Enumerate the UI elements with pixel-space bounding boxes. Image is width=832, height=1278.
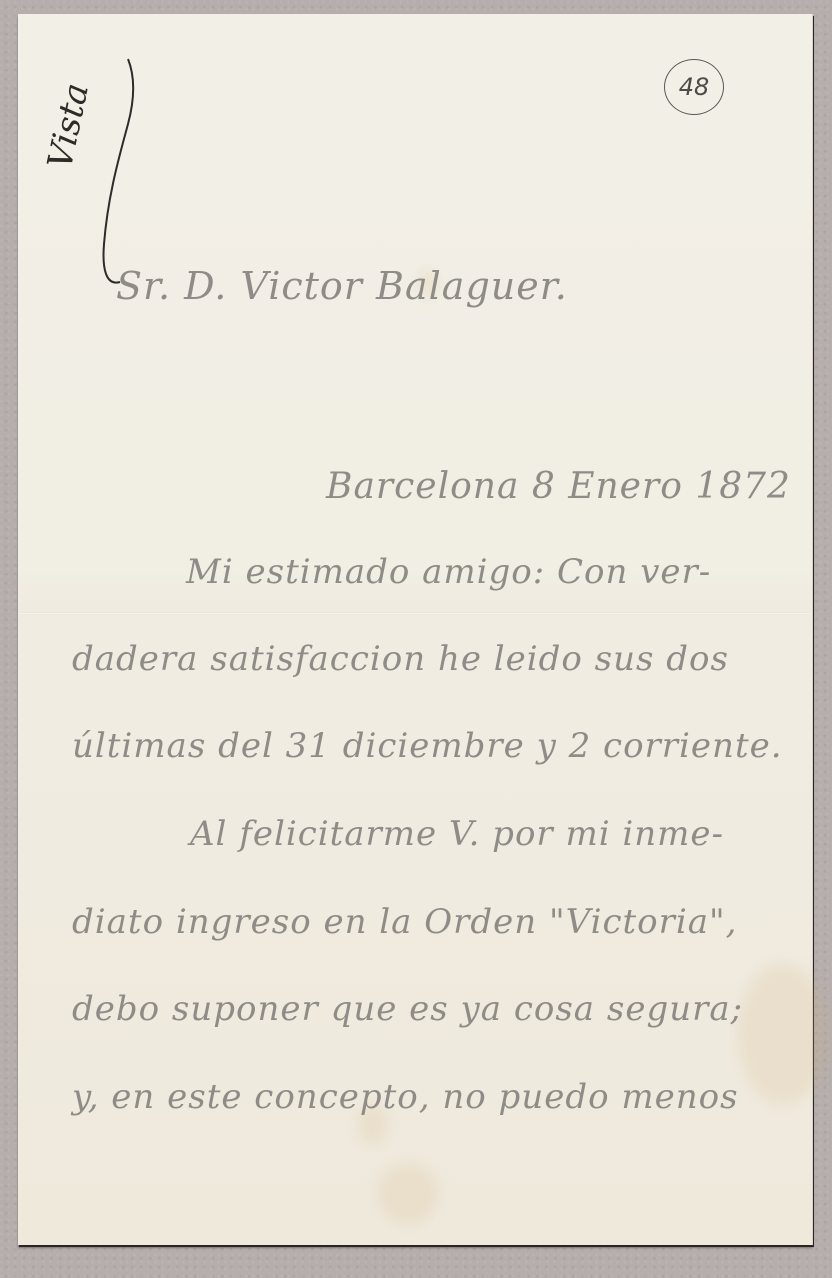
letter-line: Mi estimado amigo: Con ver- bbox=[186, 552, 711, 592]
margin-bracket-mark bbox=[98, 54, 138, 289]
letter-line: últimas del 31 diciembre y 2 corriente. bbox=[72, 726, 783, 766]
letter-page: Vista 48 Sr. D. Victor Balaguer. Barcelo… bbox=[18, 14, 813, 1245]
place-date: Barcelona 8 Enero 1872 bbox=[326, 466, 791, 507]
letter-line: diato ingreso en la Orden "Victoria", bbox=[72, 902, 737, 942]
letter-line: dadera satisfaccion he leido sus dos bbox=[72, 639, 729, 679]
paper-stain bbox=[378, 1164, 438, 1224]
paper-stain bbox=[738, 964, 828, 1104]
folio-number: 48 bbox=[664, 59, 724, 115]
letter-line: debo suponer que es ya cosa segura; bbox=[72, 989, 743, 1029]
addressee: Sr. D. Victor Balaguer. bbox=[116, 264, 568, 308]
margin-note: Vista bbox=[40, 80, 97, 173]
letter-line: Al felicitarme V. por mi inme- bbox=[190, 814, 724, 854]
letter-line: y, en este concepto, no puedo menos bbox=[72, 1077, 739, 1117]
